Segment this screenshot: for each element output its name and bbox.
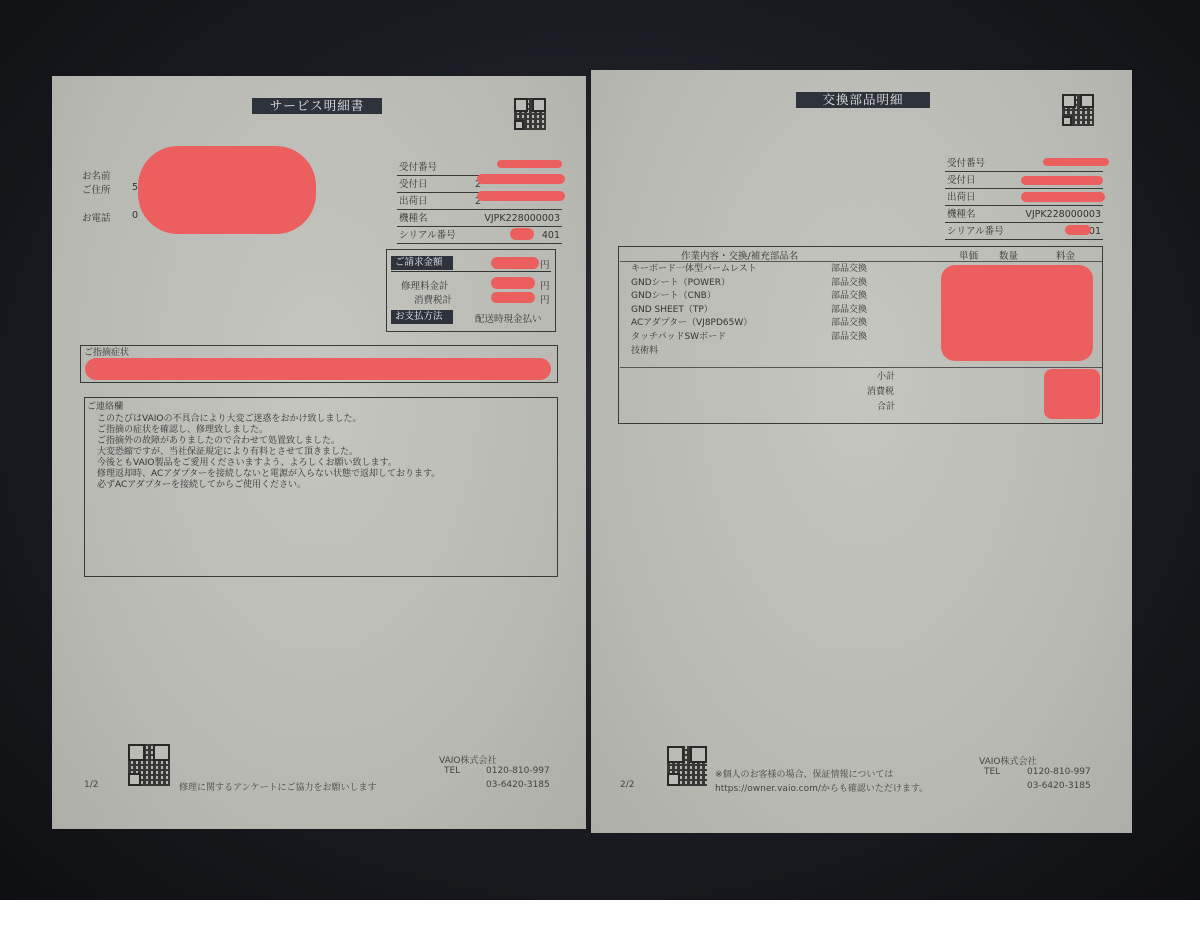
divider xyxy=(391,271,551,272)
table-rows: キーボード一体型パームレスト 部品交換 GNDシート（POWER） 部品交換 G… xyxy=(631,264,881,359)
totals-divider xyxy=(620,367,1102,368)
total-label: 合計 xyxy=(877,402,895,413)
info-label: シリアル番号 xyxy=(947,224,1004,240)
info-label: 受付日 xyxy=(947,173,976,189)
contact-label: ご連絡欄 xyxy=(87,402,123,413)
redaction xyxy=(1065,225,1091,235)
payment-method-value: 配送時現金払い xyxy=(475,311,542,325)
warranty-qr-code-icon[interactable] xyxy=(667,746,707,786)
table-row: 技術料 xyxy=(631,346,881,360)
info-value: 401 xyxy=(542,228,560,244)
page-title: サービス明細書 xyxy=(252,98,382,114)
part-name: GNDシート（CNB） xyxy=(631,291,716,301)
page-title: 交換部品明細 xyxy=(796,92,930,108)
table-row: タッチパッドSWボード 部品交換 xyxy=(631,332,881,346)
table-row: GND SHEET（TP） 部品交換 xyxy=(631,305,881,319)
tel-label: TEL xyxy=(984,767,1000,777)
contact-line: ご指摘の症状を確認し、修理致しました。 xyxy=(97,425,440,436)
billing-total-label: ご請求金額 xyxy=(391,256,453,270)
yen-unit: 円 xyxy=(540,292,550,306)
table-row: ACアダプター（VJ8PD65W） 部品交換 xyxy=(631,318,881,332)
redaction xyxy=(1021,176,1103,185)
subtotal-label: 小計 xyxy=(877,372,895,383)
info-value: VJPK228000003 xyxy=(1025,207,1101,223)
work-type: 部品交換 xyxy=(831,305,867,316)
part-name: タッチパッドSWボード xyxy=(631,332,726,342)
work-type: 部品交換 xyxy=(831,264,867,275)
warranty-note-line-1: ※個人のお客様の場合、保証情報については xyxy=(715,767,893,780)
part-name: GNDシート（POWER） xyxy=(631,278,730,288)
contact-line: 必ずACアダプターを接続してからご使用ください。 xyxy=(97,480,440,491)
part-name: GND SHEET（TP） xyxy=(631,305,713,315)
payment-method-label: お支払方法 xyxy=(391,310,453,324)
warranty-note-line-2[interactable]: https://owner.vaio.com/からも確認いただけます。 xyxy=(715,781,928,794)
redaction-prices xyxy=(941,265,1093,361)
redaction xyxy=(491,277,535,289)
symptom-box: ご指摘症状 xyxy=(80,345,558,383)
redaction xyxy=(85,358,551,380)
column-header-unit-price: 単価 xyxy=(959,248,978,262)
redaction-customer xyxy=(138,146,316,234)
company-name: VAIO株式会社 xyxy=(439,753,496,766)
service-statement-page: サービス明細書 お名前 ご住所 5 お電話 0 受付番号 受付日 2 出荷日 2… xyxy=(52,76,586,829)
info-label: 機種名 xyxy=(399,211,428,227)
tel-number-1: 0120-810-997 xyxy=(1027,767,1091,777)
info-row: 機種名 VJPK228000003 xyxy=(397,211,562,227)
redaction xyxy=(1021,192,1105,202)
contact-line: 今後ともVAIO製品をご愛用くださいますよう、よろしくお願い致します。 xyxy=(97,458,440,469)
info-label: 受付日 xyxy=(399,177,428,193)
tel-number-2: 03-6420-3185 xyxy=(486,780,550,790)
column-header-item: 作業内容・交換/補充部品名 xyxy=(681,248,798,262)
yen-unit: 円 xyxy=(540,257,550,271)
address-label: ご住所 xyxy=(82,182,111,196)
info-label: 受付番号 xyxy=(399,160,437,176)
work-type: 部品交換 xyxy=(831,332,867,343)
work-type: 部品交換 xyxy=(831,291,867,302)
info-label: 出荷日 xyxy=(947,190,976,206)
info-row: 機種名 VJPK228000003 xyxy=(945,207,1103,223)
redaction xyxy=(1043,158,1109,166)
column-header-qty: 数量 xyxy=(999,248,1018,262)
table-row: GNDシート（POWER） 部品交換 xyxy=(631,278,881,292)
tel-label: TEL xyxy=(444,766,460,776)
survey-qr-code-icon[interactable] xyxy=(128,744,170,786)
page-number: 1/2 xyxy=(84,780,98,790)
info-label: 受付番号 xyxy=(947,156,985,172)
info-row: シリアル番号 401 xyxy=(397,228,562,244)
phone-prefix: 0 xyxy=(132,210,138,221)
redaction xyxy=(477,174,565,184)
name-label: お名前 xyxy=(82,168,111,182)
column-header-fee: 料金 xyxy=(1056,248,1075,262)
header-divider xyxy=(620,261,1102,262)
work-type: 部品交換 xyxy=(831,278,867,289)
billing-box: ご請求金額 円 修理料金計 円 消費税計 円 お支払方法 配送時現金払い xyxy=(386,249,556,332)
info-value: 01 xyxy=(1089,224,1101,240)
redaction xyxy=(510,228,534,240)
contact-line: このたびはVAIOの不具合により大変ご迷惑をおかけ致しました。 xyxy=(97,414,440,425)
page-number: 2/2 xyxy=(620,780,634,790)
redaction xyxy=(491,292,535,303)
table-row: キーボード一体型パームレスト 部品交換 xyxy=(631,264,881,278)
contact-box: ご連絡欄 このたびはVAIOの不具合により大変ご迷惑をおかけ致しました。 ご指摘… xyxy=(84,397,558,577)
redaction xyxy=(491,257,539,269)
tel-number-2: 03-6420-3185 xyxy=(1027,781,1091,791)
info-label: シリアル番号 xyxy=(399,228,456,244)
redaction xyxy=(497,160,562,168)
part-name: キーボード一体型パームレスト xyxy=(631,264,757,274)
contact-line: ご指摘外の故障がありましたので合わせて処置致しました。 xyxy=(97,436,440,447)
parts-table: 作業内容・交換/補充部品名 単価 数量 料金 キーボード一体型パームレスト 部品… xyxy=(618,246,1103,424)
info-label: 機種名 xyxy=(947,207,976,223)
redaction-totals xyxy=(1044,369,1100,419)
contact-message: このたびはVAIOの不具合により大変ご迷惑をおかけ致しました。 ご指摘の症状を確… xyxy=(97,414,440,491)
tel-number-1: 0120-810-997 xyxy=(486,766,550,776)
survey-text: 修理に関するアンケートにご協力をお願いします xyxy=(179,780,376,793)
work-type: 部品交換 xyxy=(831,318,867,329)
tax-label: 消費税 xyxy=(867,387,894,398)
tax-label: 消費税計 xyxy=(414,292,452,306)
replaced-parts-page: 交換部品明細 受付番号 受付日 出荷日 機種名 VJPK228000003 シリ… xyxy=(591,70,1132,833)
part-name: 技術料 xyxy=(631,346,658,356)
qr-code-icon xyxy=(514,98,546,130)
contact-line: 大変恐縮ですが、当社保証規定により有料とさせて頂きました。 xyxy=(97,447,440,458)
table-row: GNDシート（CNB） 部品交換 xyxy=(631,291,881,305)
info-value: VJPK228000003 xyxy=(484,211,560,227)
phone-label: お電話 xyxy=(82,210,111,224)
repair-fee-label: 修理料金計 xyxy=(401,278,449,292)
contact-line: 修理返却時、ACアダプターを接続しないと電源が入らない状態で返却しております。 xyxy=(97,469,440,480)
part-name: ACアダプター（VJ8PD65W） xyxy=(631,318,752,328)
qr-code-icon xyxy=(1062,94,1094,126)
yen-unit: 円 xyxy=(540,278,550,292)
info-label: 出荷日 xyxy=(399,194,428,210)
redaction xyxy=(477,191,565,201)
company-name: VAIO株式会社 xyxy=(979,754,1036,767)
